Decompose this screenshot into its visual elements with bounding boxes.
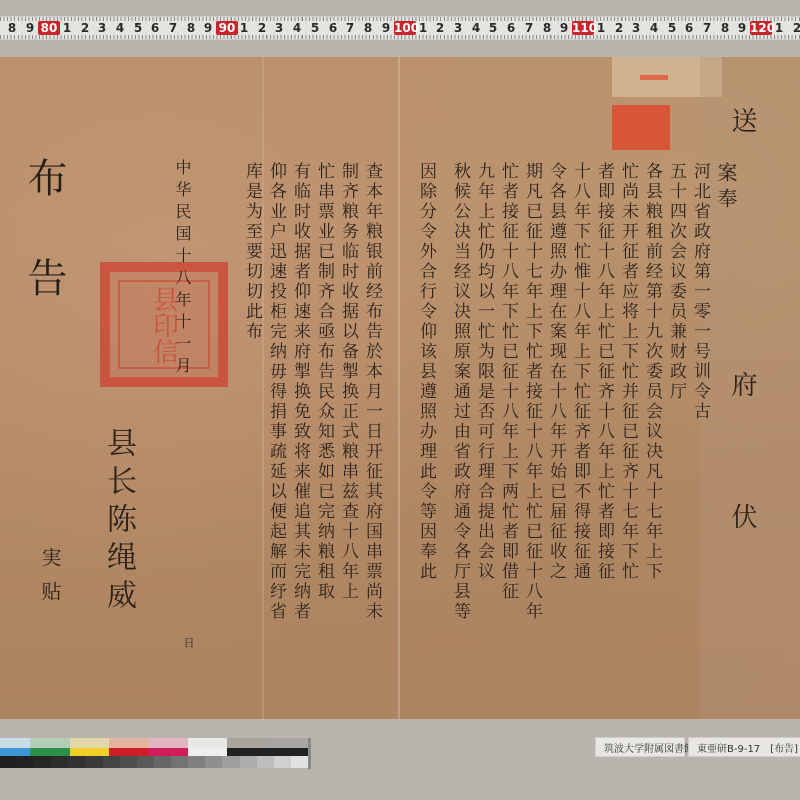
ruler-label: 80 [38,21,60,35]
gray-swatch [137,756,154,768]
ruler-label: 7 [166,21,180,35]
ruler-label: 9 [23,21,37,35]
gray-swatch [274,756,291,768]
notice-column-1: 查本年粮银前经布告於本月一日开征其府国串票尚未 [362,162,382,622]
ruler-label: 8 [361,21,375,35]
red-seal-upper-right [612,105,670,150]
color-swatch [0,738,30,748]
official-seal: 县印信 [100,262,228,387]
ruler-label: 9 [201,21,215,35]
ruler-label: 5 [665,21,679,35]
ruler-ticks-bottom [0,35,800,39]
ruler-label: 1 [416,21,430,35]
document-date: 中华民国十八年十一月 [172,159,192,379]
ruler-label: 7 [343,21,357,35]
ruler-label: 4 [290,21,304,35]
gray-swatch [120,756,137,768]
ruler-label: 2 [433,21,447,35]
ruler-label: 1 [772,21,786,35]
gray-swatch [205,756,222,768]
gray-swatch [103,756,120,768]
posting-mark: 実贴 [40,547,60,615]
ruler-label: 120 [750,21,772,35]
color-swatch [109,738,148,748]
color-chart-top-row [0,738,310,748]
small-red-stamp [640,75,668,80]
body-column-6: 十八年下忙惟十八年上下忙征齐者即不得接征通 [570,162,590,582]
color-swatch [267,738,308,748]
ruler-label: 8 [718,21,732,35]
ruler-label: 9 [379,21,393,35]
color-swatch [70,738,109,748]
ruler-label: 5 [308,21,322,35]
ruler-label: 4 [113,21,127,35]
body-column-5: 者即接征十八年上忙已征齐十八年上忙者即接征 [594,162,614,582]
ruler-label: 4 [647,21,661,35]
grayscale-strip [0,756,308,768]
color-swatch [148,738,188,748]
gray-swatch [188,756,205,768]
ruler-label: 3 [629,21,643,35]
body-column-4: 忙尚未开征者应将上下忙并征已征齐十七年下忙 [618,162,638,582]
gray-swatch [171,756,188,768]
gray-swatch [68,756,85,768]
body-column-2: 五十四次会议委员兼财政厅 [666,162,686,402]
ruler-label: 3 [95,21,109,35]
ruler-label: 9 [557,21,571,35]
color-swatch [227,738,267,748]
center-fold [398,57,400,719]
ruler-label: 2 [78,21,92,35]
document-paper: 送 府 伏 布告 案奉 河北省政府第一零一号训令古 五十四次会议委员兼财政厅 各… [0,57,800,719]
ruler-label: 6 [326,21,340,35]
ruler-label: 9 [735,21,749,35]
ruler-label: 3 [272,21,286,35]
ruler-label: 7 [700,21,714,35]
body-column-7: 令各县遵照办理在案现在十八年开始已届征收之 [546,162,566,582]
gray-swatch [34,756,51,768]
ruler-label: 6 [148,21,162,35]
body-column-1: 河北省政府第一零一号训令古 [690,162,710,422]
color-swatch [188,738,227,748]
notice-column-2: 制齐粮务临时收据以备掣换正式粮串兹查十八年上 [338,162,358,602]
ruler-label: 2 [612,21,626,35]
chart-edge [308,738,311,769]
fold-line [262,57,264,719]
notice-column-4: 有临时收据者仰速来府掣换免致将来催追其未完纳者 [290,162,310,622]
gray-swatch [17,756,34,768]
ruler-label: 100 [394,21,416,35]
ruler-label: 3 [451,21,465,35]
body-column-9: 忙者接征十八年下忙已征十八年上下两忙者即借征 [498,162,518,602]
ruler-label: 1 [594,21,608,35]
catalog-label: 東亜研B-9-17 [布告] 100030 [688,737,800,757]
measuring-ruler: 8980123456789901234567891001234567891101… [0,16,800,40]
ruler-label: 6 [504,21,518,35]
ruler-label: 5 [131,21,145,35]
ruler-label: 8 [540,21,554,35]
ruler-label: 2 [255,21,269,35]
ruler-label: 5 [486,21,500,35]
notice-column-5: 仰各业户迅速投柜完纳毋得捐事疏延以便起解而纾省 [266,162,286,622]
document-title: 布告 [34,157,54,357]
ruler-label: 8 [5,21,19,35]
body-column-11: 秋候公决当经议决照原案通过由省政府通令各厅县等 [450,162,470,622]
body-column-10: 九年上忙仍均以一忙为限是否可行理合提出会议 [474,162,494,582]
ruler-label: 2 [790,21,800,35]
gray-swatch [86,756,103,768]
body-column-8: 期凡已征十七年上下忙者接征十八年上忙已征十八年 [522,162,542,622]
ruler-label: 4 [469,21,483,35]
library-label: 筑波大学附属図書館 [595,737,685,757]
gray-swatch [291,756,308,768]
gray-swatch [51,756,68,768]
notice-column-6: 库是为至要切切此布 [242,162,262,342]
notice-column-3: 忙串票业已制齐合亟布告民众知悉如已完纳粮租取 [314,162,334,602]
ruler-label: 8 [184,21,198,35]
color-calibration-chart [0,738,310,770]
ruler-label: 7 [522,21,536,35]
gray-swatch [0,756,17,768]
body-column-3: 各县粮租前经第十九次委员会议决凡十七年上下 [642,162,662,582]
ruler-label: 6 [682,21,696,35]
ruler-label: 1 [60,21,74,35]
color-swatch [30,738,70,748]
body-column-12: 因除分令外合行令仰该县遵照办理此令等因奉此 [416,162,436,582]
gray-swatch [240,756,257,768]
issuer-line: 案奉 [716,162,736,214]
seal-text: 县印信 [118,280,210,369]
gray-swatch [257,756,274,768]
gray-swatch [222,756,239,768]
ruler-label: 90 [216,21,238,35]
gray-swatch [154,756,171,768]
magistrate-signature: 县长陈绳威 [108,427,128,617]
ruler-label: 1 [237,21,251,35]
ruler-label: 110 [572,21,594,35]
date-day-mark: 日 [178,637,198,651]
